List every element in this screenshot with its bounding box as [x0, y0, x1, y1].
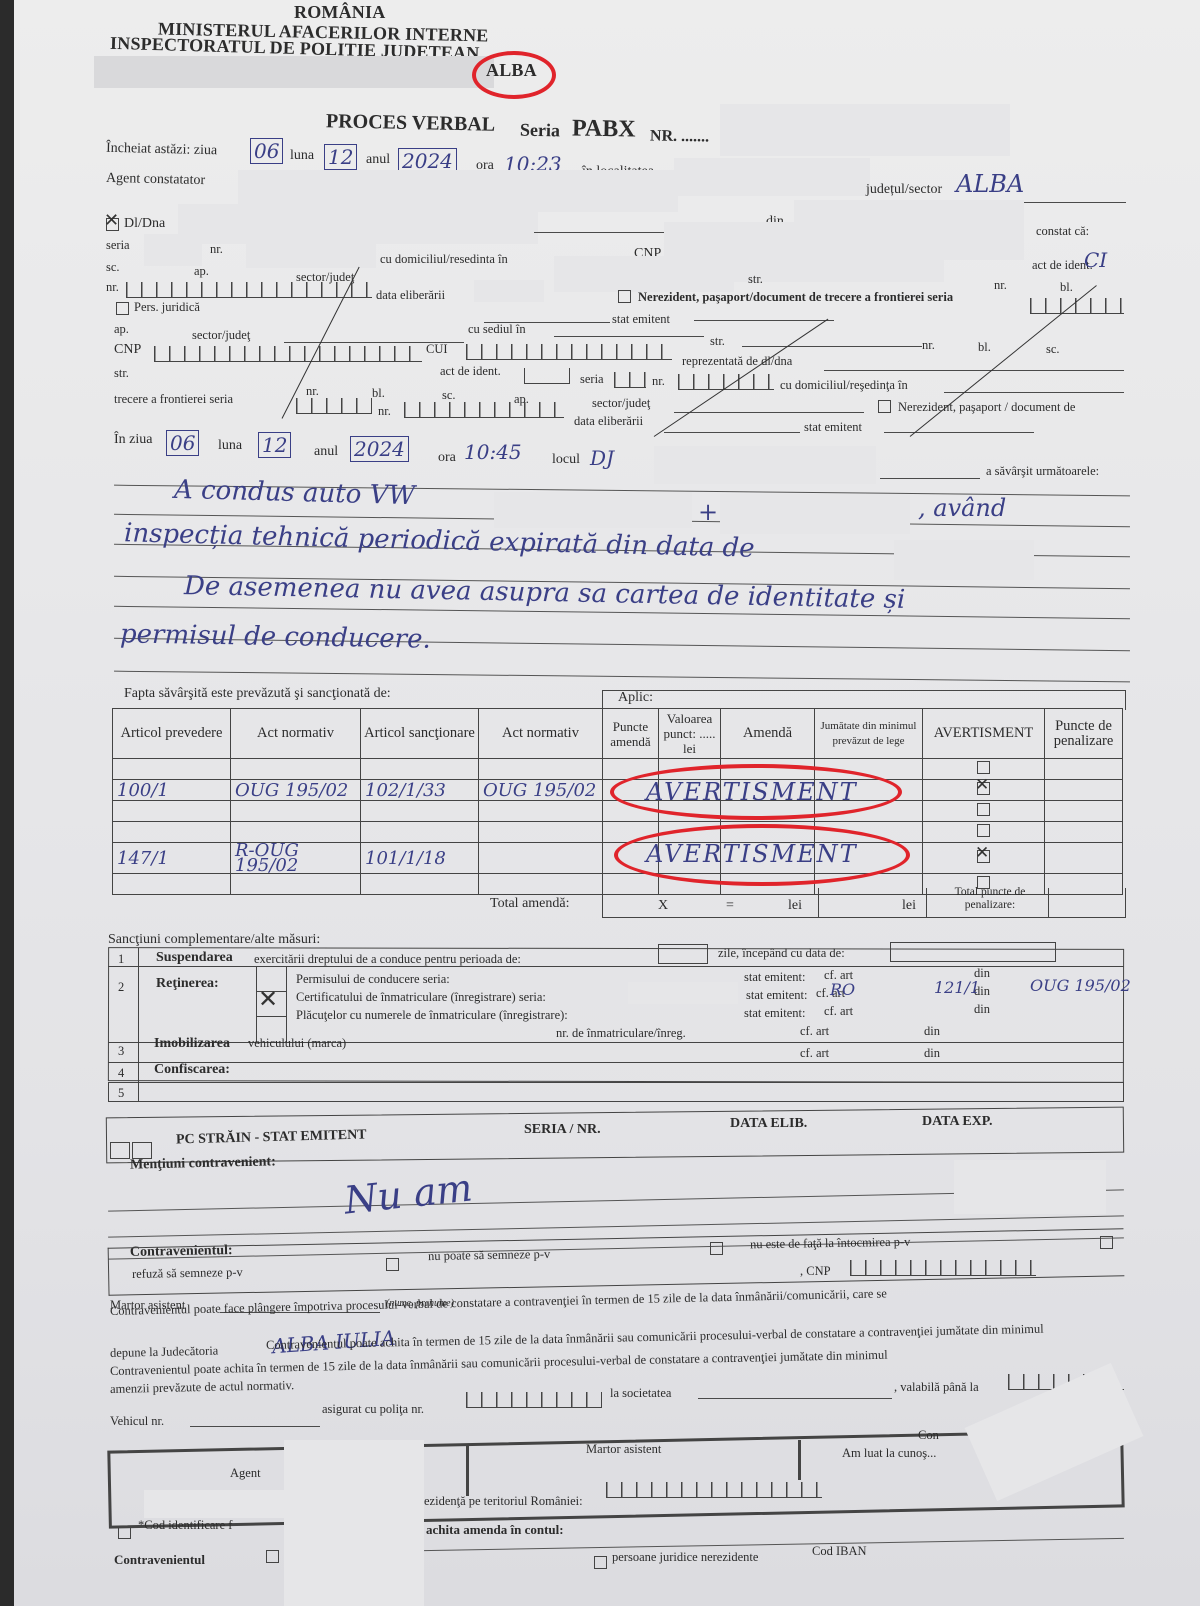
sanctions-intro: Fapta săvârşită este prevăzută şi sancţi…	[124, 686, 391, 702]
le-domicile-label: cu domiciliul/reşedinţa în	[780, 378, 908, 393]
le-cnp-label: CNP	[114, 342, 141, 358]
total-lei-2: lei	[902, 898, 916, 914]
data-elib-label: data eliberării	[376, 288, 445, 303]
cell-art-prevedere: 100/1	[113, 780, 231, 801]
le-cnp-boxes[interactable]	[154, 346, 422, 362]
le-cui-boxes[interactable]	[466, 344, 672, 360]
total-eq: =	[726, 898, 734, 914]
le-nr2-label: nr.	[652, 374, 665, 389]
annotation-circle	[614, 824, 910, 886]
nr-input-boxes[interactable]	[126, 282, 372, 298]
le-nerezident-label: Nerezident, paşaport / document de	[898, 400, 1075, 415]
sanctions-grid: Articol prevedereAct normativArticol san…	[112, 708, 1123, 895]
warning-checkbox[interactable]	[977, 824, 990, 837]
foreign-license-checkbox-1[interactable]	[110, 1142, 130, 1159]
cell-act-normativ2: OUG 195/02	[479, 780, 603, 801]
offence-hour-label: ora	[438, 450, 456, 466]
offence-place-label: locul	[552, 452, 580, 468]
total-lei: lei	[788, 898, 802, 914]
refuses-checkbox[interactable]	[1100, 1236, 1113, 1249]
warning-checkbox[interactable]	[977, 803, 990, 816]
column-header: AVERTISMENT	[923, 709, 1045, 759]
policy-boxes[interactable]	[466, 1392, 602, 1408]
total-points-label: Total puncte de penalizare:	[944, 886, 1036, 912]
cell-act-normativ: R-OUG 195/02	[231, 843, 361, 874]
concluded-year-label: anul	[366, 152, 390, 168]
offence-month: 12	[258, 432, 291, 458]
cf-art-label: cf. art	[824, 1004, 853, 1019]
le-nr3-label: nr.	[306, 384, 319, 399]
cell-art-sanctionare: 101/1/18	[361, 843, 479, 874]
suspension-label: Suspendarea	[156, 950, 233, 966]
offence-place: DJ	[590, 446, 614, 470]
concluded-month-label: luna	[290, 148, 314, 164]
redacted-nr	[246, 228, 376, 268]
series-value: PABX	[572, 115, 636, 143]
header-country: ROMÂNIA	[294, 2, 385, 23]
stat-emitent-label: stat emitent	[612, 312, 670, 327]
mentions-value: Nu am	[342, 1165, 474, 1222]
checked-mark-icon: ✕	[258, 989, 278, 1011]
redacted-domicile	[554, 256, 734, 292]
agent-label: Agent constatator	[106, 171, 205, 189]
ap-label: ap.	[194, 264, 209, 279]
county-label: județul/sector	[866, 182, 942, 198]
le-represented-label: reprezentată de dl/dna	[682, 354, 792, 369]
offence-month-label: luna	[218, 438, 242, 454]
le-act-ident-label: act de ident.	[440, 364, 501, 379]
column-header: Valoarea punct: ..... lei	[659, 709, 721, 759]
redacted-place	[654, 446, 876, 484]
cannot-sign-checkbox[interactable]	[386, 1258, 399, 1271]
pers-juridica-label: Pers. juridică	[134, 300, 200, 315]
din-value: OUG 195/02	[1030, 976, 1131, 995]
aplic-label: Aplic:	[618, 690, 653, 706]
redacted-signature	[284, 1440, 424, 1606]
le-stat-emitent-label: stat emitent	[804, 420, 862, 435]
seria-label: seria	[106, 238, 130, 253]
offence-line-1-tail: , având	[918, 494, 1006, 522]
le-str-label: str.	[710, 334, 725, 349]
dl-dna-label: Dl/Dna	[124, 216, 165, 232]
sc-label: sc.	[106, 260, 120, 275]
column-header: Act normativ	[231, 709, 361, 759]
series-label: Seria	[520, 120, 560, 142]
suspension-days-box[interactable]	[658, 944, 708, 964]
redacted-number	[720, 104, 1010, 156]
nerezident-checkbox[interactable]	[618, 290, 631, 303]
complementary-title: Sancţiuni complementare/alte măsuri:	[108, 932, 320, 948]
nerezident-label: Nerezident, paşaport/document de trecere…	[638, 290, 953, 305]
cell-art-sanctionare: 102/1/33	[361, 780, 479, 801]
constat-label: constat că:	[1036, 224, 1089, 239]
column-header: Articol prevedere	[113, 709, 231, 759]
le-bl-label: bl.	[978, 340, 991, 355]
le-nr-label: nr.	[922, 338, 935, 353]
checked-mark-icon: ✕	[104, 210, 119, 231]
stat-emitent-label: stat emitent:	[746, 988, 807, 1003]
concluded-month: 12	[324, 144, 357, 170]
payment-text: Contravenientul poate achita în termen d…	[110, 1348, 888, 1379]
absent-checkbox[interactable]	[710, 1242, 723, 1255]
offence-year: 2024	[350, 436, 409, 462]
offence-year-label: anul	[314, 444, 338, 460]
le-data-elib-label: data eliberării	[574, 414, 643, 429]
nr-boxes-label: nr.	[106, 280, 119, 295]
immobilization-label: Imobilizarea	[154, 1036, 230, 1052]
offender-signature-label: Con	[918, 1428, 939, 1443]
stat-emitent-value: RO	[830, 980, 855, 999]
str-label: str.	[748, 272, 763, 287]
committed-label: a săvârşit următoarele:	[986, 464, 1099, 479]
nr2-label: nr.	[994, 278, 1007, 293]
vehicle-label: Vehicul nr.	[110, 1414, 164, 1429]
offence-day-label: În ziua	[114, 432, 152, 448]
checked-mark-icon: ✕	[975, 845, 989, 860]
total-x: X	[658, 898, 668, 914]
retention-label: Reţinerea:	[156, 976, 219, 992]
le-cui-label: CUI	[426, 342, 448, 357]
act-ident-value: CI	[1084, 248, 1107, 272]
column-header: Act normativ	[479, 709, 603, 759]
redacted-seria	[144, 234, 202, 266]
nonresident-legal-checkbox[interactable]	[594, 1556, 607, 1569]
checked-mark-icon: ✕	[975, 777, 989, 792]
le-sc2-label: sc.	[442, 388, 456, 403]
agent-signature-label: Agent	[230, 1466, 261, 1481]
county-value: ALBA	[956, 170, 1024, 198]
concluded-day: 06	[250, 138, 283, 164]
le-bl2-label: bl.	[372, 386, 385, 401]
table-row	[113, 801, 1123, 822]
nr-label: nr.	[210, 242, 223, 257]
witness-signature-label: Martor asistent	[586, 1442, 661, 1457]
confiscation-label: Confiscarea:	[154, 1062, 230, 1078]
warning-checkbox[interactable]: ✕	[977, 850, 990, 863]
column-header: Puncte de penalizare	[1045, 709, 1123, 759]
suspension-date-box[interactable]	[890, 942, 1056, 962]
document-title: PROCES VERBAL	[326, 110, 496, 137]
column-header: Jumătate din minimul prevăzut de lege	[815, 709, 923, 759]
cf-art-value: 121/1	[934, 978, 980, 997]
le-nr4-label: nr.	[378, 404, 391, 419]
le-seria-label: seria	[580, 372, 604, 387]
cell-act-normativ2	[479, 843, 603, 874]
document-page: ROMÂNIA MINISTERUL AFACERILOR INTERNE IN…	[14, 0, 1200, 1606]
column-header: Amendă	[721, 709, 815, 759]
mentions-label: Menţiuni contravenient:	[130, 1154, 276, 1173]
annotation-circle	[610, 764, 902, 820]
le-sc-label: sc.	[1046, 342, 1060, 357]
offender-footer-checkbox[interactable]	[266, 1550, 279, 1563]
le-trecere-label: trecere a frontierei seria	[114, 392, 233, 407]
retention-item-label: Plăcuţelor cu numerele de înmatriculare …	[296, 1008, 568, 1023]
le-sediul-label: cu sediul în	[468, 322, 526, 337]
column-header: Puncte amendă	[603, 709, 659, 759]
offence-line-1-extra: +	[698, 498, 718, 526]
offence-line-4: permisul de conducere.	[120, 619, 431, 654]
stat-emitent-label: stat emitent:	[744, 970, 805, 985]
cell-act-normativ: OUG 195/02	[231, 780, 361, 801]
le-sector2-label: sector/judeţ	[592, 396, 650, 411]
table-row	[113, 759, 1123, 780]
total-fine-label: Total amendă:	[490, 896, 570, 912]
cell-art-prevedere: 147/1	[113, 843, 231, 874]
redacted-locality	[674, 158, 870, 196]
concluded-label: Încheiat astăzi: ziua	[106, 141, 218, 160]
annotation-circle	[472, 51, 556, 99]
din-label: din	[974, 1002, 990, 1017]
column-header: Articol sancţionare	[361, 709, 479, 759]
residence-code-boxes[interactable]	[606, 1482, 822, 1498]
offence-line-1: A condus auto VW	[174, 475, 416, 511]
bl-label: bl.	[1060, 280, 1073, 295]
retention-item-label: Permisului de conducere seria:	[296, 972, 450, 987]
warning-checkbox[interactable]: ✕	[977, 782, 990, 795]
redacted-block	[94, 56, 494, 88]
le-sector-label: sector/judeţ	[192, 328, 250, 343]
offence-day: 06	[166, 430, 199, 456]
number-label: NR. .......	[650, 127, 709, 146]
pers-juridica-checkbox[interactable]	[116, 302, 129, 315]
retention-item-label: Certificatului de înmatriculare (înregis…	[296, 990, 546, 1005]
stat-emitent-label: stat emitent:	[744, 1006, 805, 1021]
le-str2-label: str.	[114, 366, 129, 381]
le-nerezident-checkbox[interactable]	[878, 400, 891, 413]
cod-checkbox[interactable]	[118, 1526, 131, 1539]
le-ap-label: ap.	[114, 322, 129, 337]
domicile-label: cu domiciliul/resedinta în	[380, 252, 508, 267]
offence-hour: 10:45	[464, 440, 522, 464]
warning-checkbox[interactable]	[977, 761, 990, 774]
offender-cnp-boxes[interactable]	[850, 1260, 1036, 1276]
